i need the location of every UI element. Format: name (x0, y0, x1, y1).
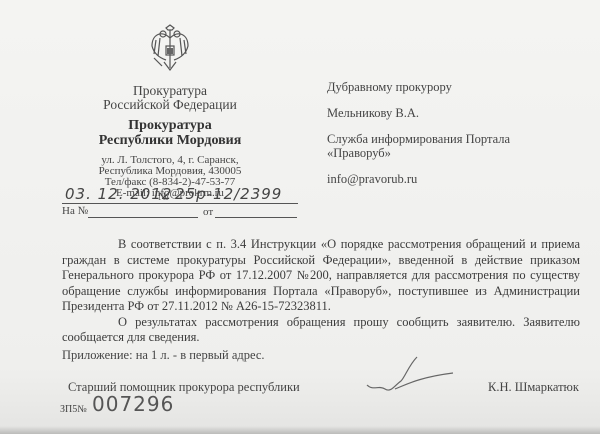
dept-line-2: Республики Мордовия (70, 133, 270, 148)
letter-body: В соответствии с п. 3.4 Инструкции «О по… (62, 237, 580, 346)
recipient-2: Мельникову В.А. (327, 106, 542, 120)
number-label: № (158, 191, 169, 203)
recipient-3: Служба информирования Портала «Праворуб» (327, 132, 542, 160)
date-underline (62, 203, 298, 204)
serial-label: ЗП5№ (60, 404, 87, 415)
handwritten-number: 25р-12/2399 (175, 185, 282, 203)
recipient-1: Дубравному прокурору (327, 80, 542, 94)
ref-date-line (215, 217, 297, 218)
recipients: Дубравному прокурору Мельникову В.А. Слу… (327, 80, 542, 198)
letter-page: Прокуратура Российской Федерации Прокура… (0, 0, 600, 434)
body-paragraph-1: В соответствии с п. 3.4 Инструкции «О по… (62, 237, 580, 315)
recipient-email: info@pravorub.ru (327, 172, 542, 186)
serial-number: 007296 (92, 392, 174, 416)
ref-from-label: от (203, 206, 213, 218)
dept-line-1: Прокуратура (70, 118, 270, 133)
signer-name: К.Н. Шмаркатюк (488, 380, 579, 395)
russian-coat-of-arms-icon (148, 24, 192, 74)
handwritten-date: 03. 12. 2012 (65, 185, 172, 203)
scan-edge-shadow (0, 426, 600, 434)
letterhead: Прокуратура Российской Федерации Прокура… (70, 84, 270, 199)
org-line-2: Российской Федерации (70, 98, 270, 112)
attachment-note: Приложение: на 1 л. - в первый адрес. (62, 348, 265, 363)
handwritten-signature (365, 355, 455, 405)
body-paragraph-2: О результатах рассмотрения обращения про… (62, 315, 580, 346)
ref-number-line (88, 217, 198, 218)
ref-label: На № (62, 205, 88, 217)
org-line-1: Прокуратура (70, 84, 270, 98)
